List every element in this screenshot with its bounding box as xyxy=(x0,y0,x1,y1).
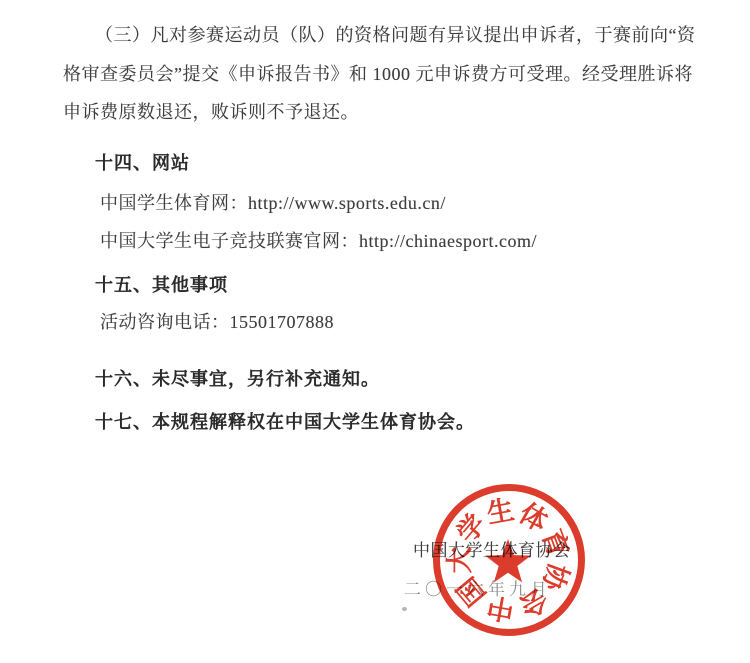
seal-ring-char: 体 xyxy=(514,498,552,537)
appeal-paragraph-line-3: 申诉费原数退还，败诉则不予退还。 xyxy=(63,99,359,125)
section-heading-sixteen: 十六、未尽事宜，另行补充通知。 xyxy=(95,365,380,391)
website-label: 中国学生体育网： xyxy=(100,193,248,213)
appeal-paragraph-line-1: （三）凡对参赛运动员（队）的资格问题有异议提出申诉者，于赛前向“资 xyxy=(95,22,696,48)
section-heading-other-matters: 十五、其他事项 xyxy=(95,271,228,297)
website-line-esports-league: 中国大学生电子竞技联赛官网：http://chinaesport.com/ xyxy=(100,228,537,254)
website-line-student-sports: 中国学生体育网：http://www.sports.edu.cn/ xyxy=(100,190,446,216)
phone-number: 15501707888 xyxy=(230,312,335,332)
scan-artifact-dot xyxy=(402,607,407,611)
phone-line: 活动咨询电话：15501707888 xyxy=(100,309,334,335)
website-url: http://www.sports.edu.cn/ xyxy=(248,193,446,213)
section-heading-seventeen: 十七、本规程解释权在中国大学生体育协会。 xyxy=(95,408,475,434)
scanned-document-page: （三）凡对参赛运动员（队）的资格问题有异议提出申诉者，于赛前向“资 格审查委员会… xyxy=(0,0,750,663)
website-label: 中国大学生电子竞技联赛官网： xyxy=(100,231,359,251)
section-heading-websites: 十四、网站 xyxy=(95,149,190,175)
appeal-paragraph-line-2: 格审查委员会”提交《申诉报告书》和 1000 元申诉费方可受理。经受理胜诉将 xyxy=(63,61,693,87)
phone-label: 活动咨询电话： xyxy=(100,312,230,332)
signature-date: 二〇一六年九月 xyxy=(404,575,551,600)
signature-org-name: 中国大学生体育协会 xyxy=(413,536,571,561)
website-url: http://chinaesport.com/ xyxy=(359,231,537,251)
seal-ring-char: 生 xyxy=(485,495,517,529)
